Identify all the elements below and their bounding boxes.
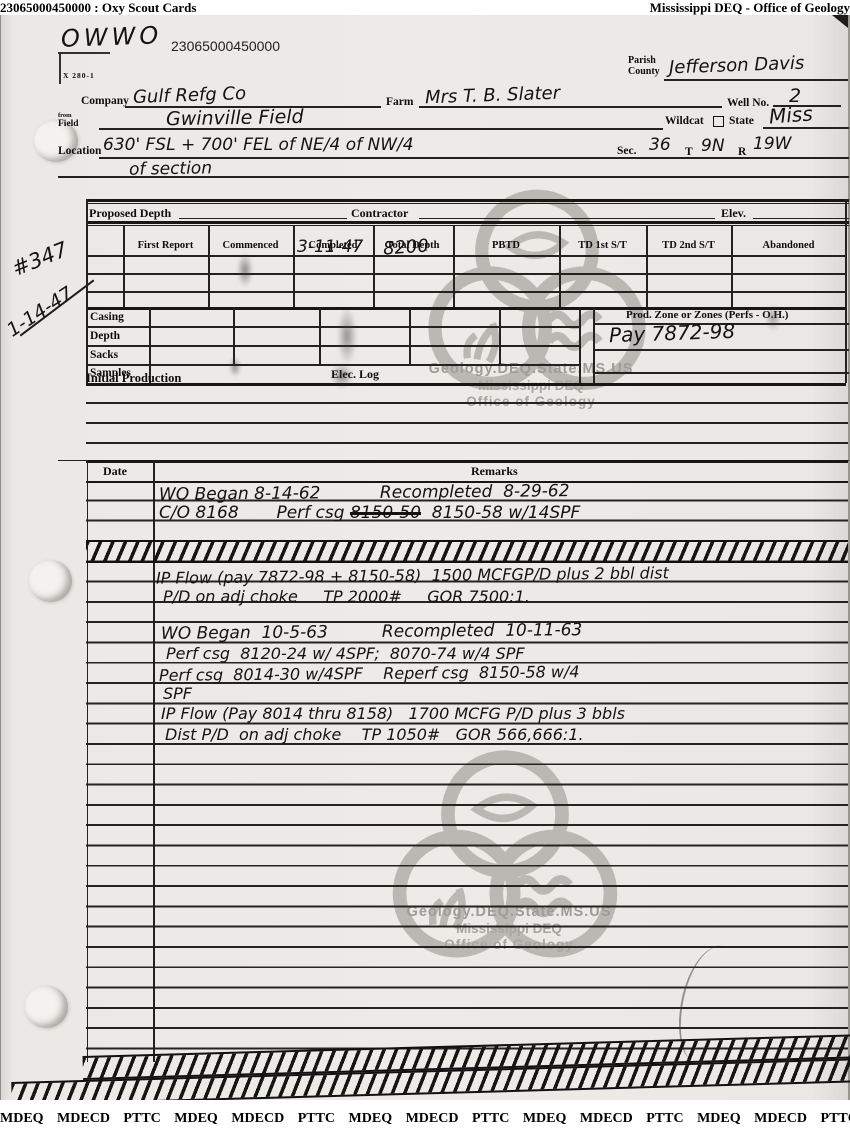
table-border — [86, 364, 579, 366]
pen-mark — [59, 52, 61, 84]
elev-label: Elev. — [721, 206, 746, 221]
ink-smudge — [331, 363, 353, 389]
rule-line — [593, 372, 849, 374]
initial-production-label: Initial Production — [86, 371, 181, 386]
hole-punch — [29, 560, 72, 602]
header-cell-blank — [86, 239, 123, 255]
table-border — [86, 203, 849, 204]
header-cell: PBTD — [453, 239, 559, 255]
r-value: 19W — [753, 134, 791, 154]
table-border — [233, 307, 235, 364]
remark-line: Perf csg 8014-30 w/4SPF Reperf csg 8150-… — [159, 662, 580, 685]
print-header-left: 23065000450000 : Oxy Scout Cards — [0, 0, 196, 15]
hatch-band — [86, 540, 848, 563]
table-border — [86, 383, 846, 386]
watermark-org: Mississippi DEQ — [371, 378, 691, 393]
remark-line: WO Began 8-14-62 Recompleted 8-29-62 — [159, 481, 570, 505]
table-border — [208, 225, 210, 307]
state-value: Miss — [768, 102, 813, 129]
remark-line: C/O 8168 Perf csg 8150-50 8150-58 w/14SP… — [159, 503, 580, 523]
field-label: Field — [58, 119, 79, 129]
ink-smudge — [237, 253, 253, 287]
t-value: 9N — [701, 136, 725, 156]
rule-line — [99, 128, 663, 130]
remark-text: C/O 8168 Perf csg — [159, 503, 350, 523]
remark-text-struck: 8150-50 — [350, 503, 421, 523]
table-border — [86, 225, 849, 226]
header-cell: Commenced — [208, 239, 293, 255]
header-cell: TD 2nd S/T — [646, 239, 731, 255]
county-label: County — [628, 66, 660, 77]
rule-line — [86, 442, 848, 444]
parish-label: Parish — [628, 55, 656, 66]
print-footer-text: MDEQ MDECD PTTC MDEQ MDECD PTTC MDEQ MDE… — [0, 1111, 850, 1126]
rule-line — [86, 422, 848, 424]
casing-row-label: Casing — [90, 311, 124, 323]
table-border — [293, 225, 295, 307]
farm-value: Mrs T. B. Slater — [425, 83, 561, 109]
pen-mark — [58, 52, 110, 54]
header-cell: First Report — [123, 239, 208, 255]
print-footer: MDEQ MDECD PTTC MDEQ MDECD PTTC MDEQ MDE… — [0, 1100, 850, 1130]
rule-line — [664, 79, 848, 81]
table-border — [86, 221, 849, 224]
rule-line — [419, 218, 715, 219]
margin-note-number: #347 — [9, 237, 71, 281]
remark-line: SPF — [163, 684, 192, 703]
scanned-card: Geology.DEQ.State.MS.US Mississippi DEQ … — [0, 15, 850, 1100]
field-value: Gwinville Field — [166, 106, 304, 130]
remark-line: P/D on adj choke TP 2000# GOR 7500:1. — [163, 587, 530, 606]
scan-corner-artifact — [832, 15, 848, 28]
prod-zone-value: Pay 7872-98 — [609, 319, 736, 347]
print-header-right: Mississippi DEQ - Office of Geology — [650, 0, 850, 15]
location-label: Location — [58, 145, 101, 157]
header-cell: Abandoned — [731, 239, 846, 255]
table-border — [559, 225, 561, 307]
rule-line — [58, 176, 849, 178]
state-label: State — [729, 115, 754, 127]
wildcat-label: Wildcat — [665, 115, 704, 127]
r-label: R — [738, 146, 746, 158]
county-value: Jefferson Davis — [669, 53, 805, 79]
remark-line: Perf csg 8120-24 w/ 4SPF; 8070-74 w/4 SP… — [166, 644, 525, 663]
table-border — [319, 307, 321, 364]
rule-line — [593, 349, 849, 351]
remark-line: IP Flow (Pay 8014 thru 8158) 1700 MCFG P… — [161, 704, 625, 723]
completed-value: 3-11-47 — [297, 237, 363, 257]
form-number: X 280-1 — [63, 71, 95, 80]
remark-line: WO Began 10-5-63 Recompleted 10-11-63 — [161, 620, 583, 644]
total-depth-value: 8200 — [382, 235, 429, 259]
table-border — [123, 225, 125, 307]
farm-label: Farm — [386, 96, 413, 108]
table-border — [86, 326, 579, 328]
page-root: { "header": { "left_title": "23065000450… — [0, 0, 850, 1130]
proposed-depth-label: Proposed Depth — [89, 206, 171, 221]
field-label-small: from — [58, 112, 72, 119]
sacks-row-label: Sacks — [90, 349, 118, 361]
table-border — [409, 307, 411, 364]
table-border — [845, 199, 847, 383]
remarks-header: Remarks — [471, 464, 518, 479]
print-header: 23065000450000 : Oxy Scout Cards Mississ… — [0, 0, 850, 15]
rule-line — [419, 106, 722, 108]
rule-line — [86, 402, 848, 404]
table-border — [86, 199, 849, 202]
sec-label: Sec. — [617, 145, 636, 157]
contractor-label: Contractor — [351, 206, 408, 221]
ink-smudge — [337, 307, 357, 365]
margin-note-date: 1-14-47 — [3, 283, 77, 342]
rule-line — [763, 127, 849, 129]
wildcat-checkbox — [713, 116, 724, 127]
remark-line: Dist P/D on adj choke TP 1050# GOR 566,6… — [165, 725, 584, 744]
date-header: Date — [103, 464, 127, 479]
t-label: T — [685, 146, 693, 158]
table-border — [731, 225, 733, 307]
rule-line — [179, 218, 347, 219]
table-border — [453, 225, 455, 307]
company-label: Company — [81, 95, 129, 107]
table-border — [579, 307, 581, 383]
depth-row-label: Depth — [90, 330, 120, 342]
table-border — [86, 460, 848, 463]
table-border — [499, 307, 501, 364]
well-no-label: Well No. — [727, 97, 769, 109]
remark-text: 8150-58 w/14SPF — [421, 503, 580, 523]
owwo-note: OWWO — [61, 21, 163, 53]
header-cell: TD 1st S/T — [559, 239, 646, 255]
table-border — [646, 225, 648, 307]
table-border — [373, 225, 375, 307]
api-number: 23065000450000 — [171, 38, 280, 54]
hole-punch — [25, 986, 68, 1028]
company-value: Gulf Refg Co — [133, 83, 247, 108]
location-value: 630' FSL + 700' FEL of NE/4 of NW/4 — [103, 135, 414, 155]
table-border — [86, 199, 88, 383]
sec-value: 36 — [649, 135, 671, 155]
table-border — [86, 345, 579, 347]
rule-line — [753, 218, 849, 219]
ink-smudge — [765, 305, 781, 331]
ink-smudge — [229, 357, 241, 377]
